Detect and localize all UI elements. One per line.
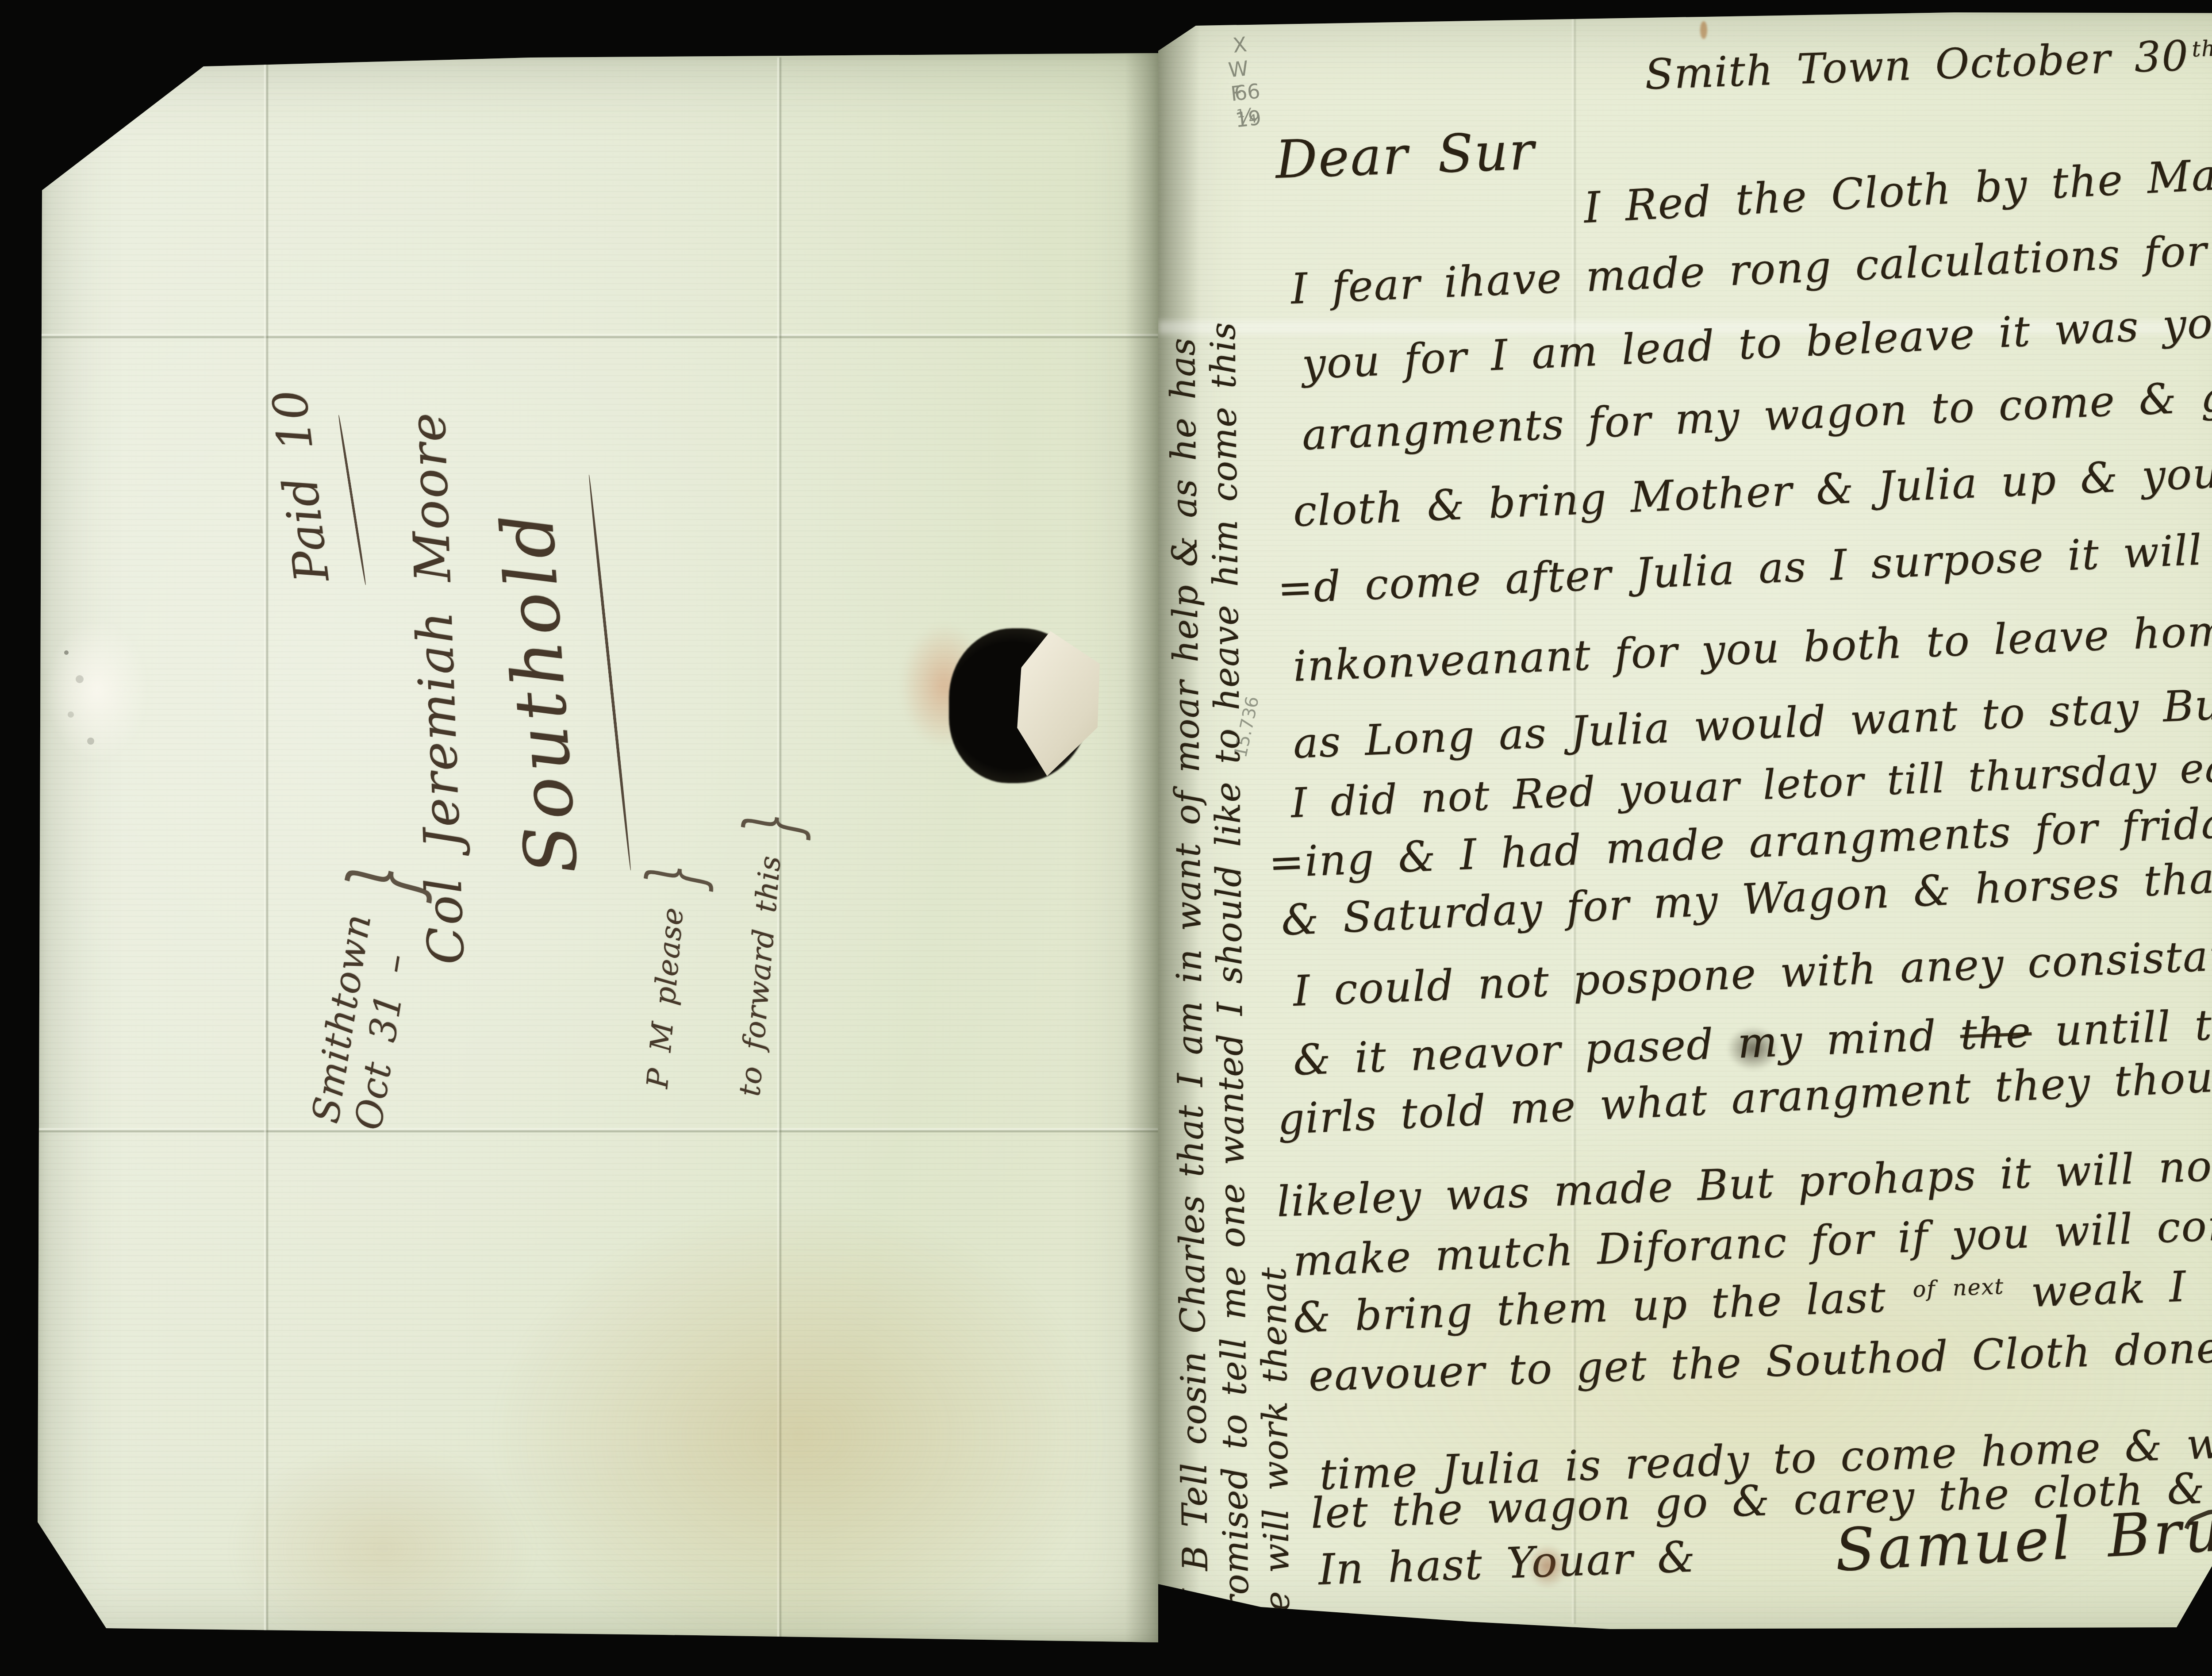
letter-body: I Red the Cloth by the Male &I fear ihav… bbox=[1158, 9, 2212, 1637]
scanned-letter-viewer: { "document_type": "handwritten letter, … bbox=[0, 0, 2212, 1676]
destination-underline-flourish bbox=[588, 474, 632, 871]
forward-request-text-1: P M please bbox=[640, 906, 690, 1090]
ampersand-blot bbox=[1528, 1544, 1567, 1588]
margin-note-line: he will work thenat bbox=[1254, 1267, 1298, 1635]
letter-line: inkonveanant for you both to leave home bbox=[1292, 608, 2212, 689]
paid-underline-flourish bbox=[338, 415, 367, 585]
water-stain-small bbox=[228, 1442, 538, 1655]
water-stain-large bbox=[489, 1203, 1108, 1668]
letter-line-part: of next bbox=[1912, 1273, 2005, 1302]
spine-shadow-left-page bbox=[1125, 53, 1158, 1642]
letter-line: cloth & bring Mother & Julia up & you wo… bbox=[1292, 446, 2212, 534]
letter-line-part: I Red the Cloth by the Male & bbox=[1582, 145, 2212, 233]
letter-line-part: I could not pospone with aney consistanc… bbox=[1292, 929, 2212, 1016]
letter-line-part: you for I am lead to beleave it was youa… bbox=[1301, 296, 2212, 389]
letter-line: I fear ihave made rong calculations for bbox=[1290, 229, 2208, 311]
margin-note: N B Tell cosin Charles that I am in want… bbox=[1175, 230, 1298, 1637]
letter-line-part: the bbox=[1959, 1008, 2032, 1059]
forward-request-note: P M please } to forward this } bbox=[614, 789, 819, 1100]
address-block: Smithtown Oct 31 – } Paid 10 Col Jeremia… bbox=[272, 330, 776, 1139]
forward-request-text-2: to forward this bbox=[733, 854, 787, 1098]
ink-specks bbox=[64, 650, 69, 655]
letter-line-part: cloth & bring Mother & Julia up & you wo… bbox=[1292, 444, 2212, 536]
forward-brace-1: } bbox=[631, 859, 721, 894]
letter-line: I Red the Cloth by the Male & bbox=[1582, 147, 2212, 231]
letter-line: I could not pospone with aney consistanc… bbox=[1292, 932, 2212, 1014]
letter-line-part: & bring them up the last bbox=[1292, 1272, 1910, 1342]
letter-line-part: untill the bbox=[2031, 999, 2212, 1057]
wax-seal-pale-spot bbox=[46, 619, 148, 761]
letter-line-part: I fear ihave made rong calculations for bbox=[1290, 227, 2208, 314]
letter-line-part: inkonveanant for you both to leave home bbox=[1292, 606, 2212, 691]
letter-page: XW F66 ¼19 15.736 Smith Town October 30t… bbox=[1158, 9, 2212, 1637]
letter-line-part: weak I will en bbox=[2007, 1256, 2212, 1317]
address-panel-page: Smithtown Oct 31 – } Paid 10 Col Jeremia… bbox=[38, 53, 1158, 1642]
letter-line-part: =d come after Julia as I surpose it will… bbox=[1277, 523, 2212, 613]
destination-line: Southold bbox=[485, 505, 593, 877]
fold-crease-vertical-left bbox=[264, 60, 268, 1635]
paid-marking: Paid 10 bbox=[262, 386, 339, 585]
letter-line: you for I am lead to beleave it was youa… bbox=[1301, 298, 2212, 387]
letter-line: =d come after Julia as I surpose it will… bbox=[1277, 525, 2212, 611]
forward-brace-2: } bbox=[728, 808, 818, 842]
ink-blot bbox=[1727, 1026, 1780, 1071]
